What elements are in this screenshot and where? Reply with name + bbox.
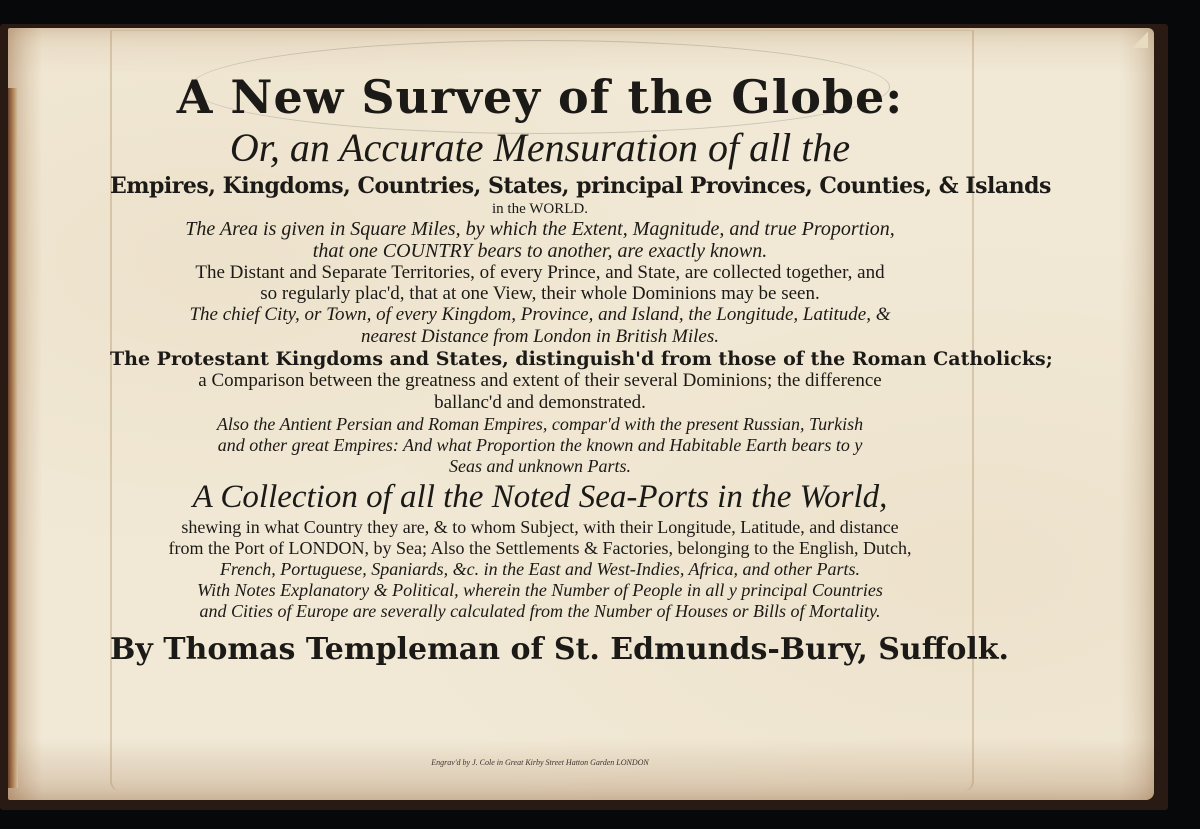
document-title: A New Survey of the Globe: xyxy=(110,70,970,124)
text-empires-3: Seas and unknown Parts. xyxy=(110,456,970,477)
text-notes-1: With Notes Explanatory & Political, wher… xyxy=(110,580,970,601)
heading-empires: Empires, Kingdoms, Countries, States, pr… xyxy=(110,173,970,199)
author-line: By Thomas Templeman of St. Edmunds-Bury,… xyxy=(110,632,970,667)
text-sea-ports-3: French, Portuguese, Spaniards, &c. in th… xyxy=(110,559,970,580)
text-sea-ports-2: from the Port of LONDON, by Sea; Also th… xyxy=(110,538,970,559)
torn-spine-edge xyxy=(8,88,18,788)
folded-corner xyxy=(1132,32,1148,48)
text-territories-2: so regularly plac'd, that at one View, t… xyxy=(110,283,970,304)
text-empires-2: and other great Empires: And what Propor… xyxy=(110,435,970,456)
engraver-credit: Engrav'd by J. Cole in Great Kirby Stree… xyxy=(110,758,970,767)
text-sea-ports-1: shewing in what Country they are, & to w… xyxy=(110,517,970,538)
text-territories-1: The Distant and Separate Territories, of… xyxy=(110,262,970,283)
heading-world: in the WORLD. xyxy=(110,201,970,218)
text-chief-city-2: nearest Distance from London in British … xyxy=(110,326,970,348)
text-area-1: The Area is given in Square Miles, by wh… xyxy=(110,218,970,240)
heading-sea-ports: A Collection of all the Noted Sea-Ports … xyxy=(110,477,970,517)
text-notes-2: and Cities of Europe are severally calcu… xyxy=(110,601,970,622)
text-area-2: that one COUNTRY bears to another, are e… xyxy=(110,240,970,262)
text-comparison-1: a Comparison between the greatness and e… xyxy=(110,370,970,392)
text-empires-1: Also the Antient Persian and Roman Empir… xyxy=(110,414,970,435)
heading-protestant: The Protestant Kingdoms and States, dist… xyxy=(110,348,970,370)
title-text-block: A New Survey of the Globe: Or, an Accura… xyxy=(110,60,970,667)
text-comparison-2: ballanc'd and demonstrated. xyxy=(110,392,970,414)
text-chief-city-1: The chief City, or Town, of every Kingdo… xyxy=(110,304,970,326)
